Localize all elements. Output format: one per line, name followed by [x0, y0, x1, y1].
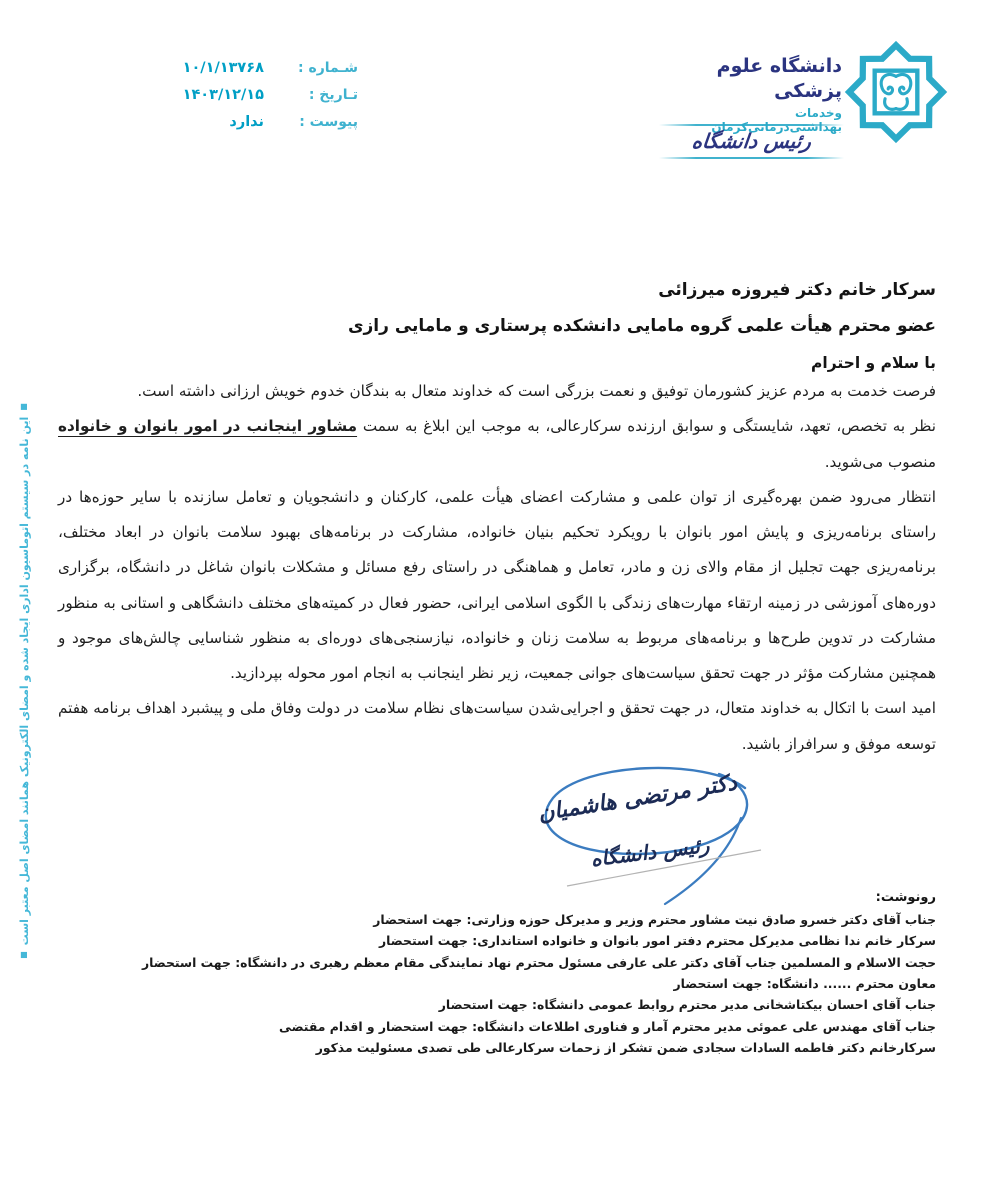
number-value: ۱۰/۱/۱۳۷۶۸ [183, 60, 264, 76]
signature-block: دکتر مرتضی هاشمیان رئیس دانشگاه [505, 752, 775, 912]
appointment-emphasis: مشاور اینجانب در امور بانوان و خانواده [58, 417, 357, 435]
meta-row-date: تـاریخ : ۱۴۰۳/۱۲/۱۵ [98, 87, 358, 103]
cc-item: سرکارخانم دکتر فاطمه السادات سجادی ضمن ت… [58, 1037, 936, 1058]
cc-heading: رونوشت: [58, 890, 936, 905]
cc-section: رونوشت: جناب آقای دکتر خسرو صادق نیت مشا… [58, 890, 936, 1058]
attachment-label: پیوست : [278, 114, 358, 130]
salutation: با سلام و احترام [58, 354, 936, 372]
divider-line-bottom [659, 157, 844, 159]
meta-row-number: شـماره : ۱۰/۱/۱۳۷۶۸ [98, 60, 358, 76]
paragraph-2-pre: نظر به تخصص، تعهد، شایستگی و سوابق ارزند… [357, 417, 936, 435]
official-letter-page: دانشگاه علوم پزشکی وخدمات بهداشتی‌درمانی… [0, 0, 994, 1200]
paragraph-2-post: منصوب می‌شوید. [825, 453, 936, 471]
cc-item: حجت الاسلام و المسلمین جناب آقای دکتر عل… [58, 952, 936, 973]
cc-item: سرکار خانم ندا نظامی مدیرکل محترم دفتر ا… [58, 930, 936, 951]
university-logo-icon [844, 36, 948, 148]
square-bullet-icon: ■ [19, 397, 28, 417]
date-value: ۱۴۰۳/۱۲/۱۵ [183, 87, 264, 103]
cc-item: جناب آقای مهندس علی عموئی مدیر محترم آما… [58, 1016, 936, 1037]
date-label: تـاریخ : [278, 87, 358, 103]
electronic-signature-side-note: ■این نامه در سیستم اتوماسیون اداری ایجاد… [18, 371, 36, 991]
office-calligraphy: رئیس دانشگاه [657, 126, 845, 157]
letter-body: سرکار خانم دکتر فیروزه میرزائی عضو محترم… [58, 280, 936, 762]
cc-item: جناب آقای احسان بیکتاشخانی مدیر محترم رو… [58, 994, 936, 1015]
side-note-text: این نامه در سیستم اتوماسیون اداری ایجاد … [18, 417, 31, 946]
cc-item: جناب آقای دکتر خسرو صادق نیت مشاور محترم… [58, 909, 936, 930]
office-script-block: رئیس دانشگاه [659, 124, 844, 159]
paragraph-1: فرصت خدمت به مردم عزیز کشورمان توفیق و ن… [58, 374, 936, 409]
cc-item: معاون محترم ...... دانشگاه: جهت استحضار [58, 973, 936, 994]
recipient-role: عضو محترم هیأت علمی گروه مامایی دانشکده … [58, 316, 936, 336]
paragraph-4: امید است با اتکال به خداوند متعال، در جه… [58, 691, 936, 762]
university-name-block: دانشگاه علوم پزشکی وخدمات بهداشتی‌درمانی… [662, 54, 842, 134]
number-label: شـماره : [278, 60, 358, 76]
recipient-name: سرکار خانم دکتر فیروزه میرزائی [58, 280, 936, 300]
square-bullet-icon: ■ [19, 945, 28, 965]
meta-row-attachment: پیوست : ندارد [98, 114, 358, 130]
paragraph-2: نظر به تخصص، تعهد، شایستگی و سوابق ارزند… [58, 409, 936, 480]
letter-meta: شـماره : ۱۰/۱/۱۳۷۶۸ تـاریخ : ۱۴۰۳/۱۲/۱۵ … [98, 60, 358, 141]
paragraph-3: انتظار می‌رود ضمن بهره‌گیری از توان علمی… [58, 480, 936, 692]
university-title: دانشگاه علوم پزشکی [662, 54, 842, 103]
attachment-value: ندارد [229, 114, 264, 130]
